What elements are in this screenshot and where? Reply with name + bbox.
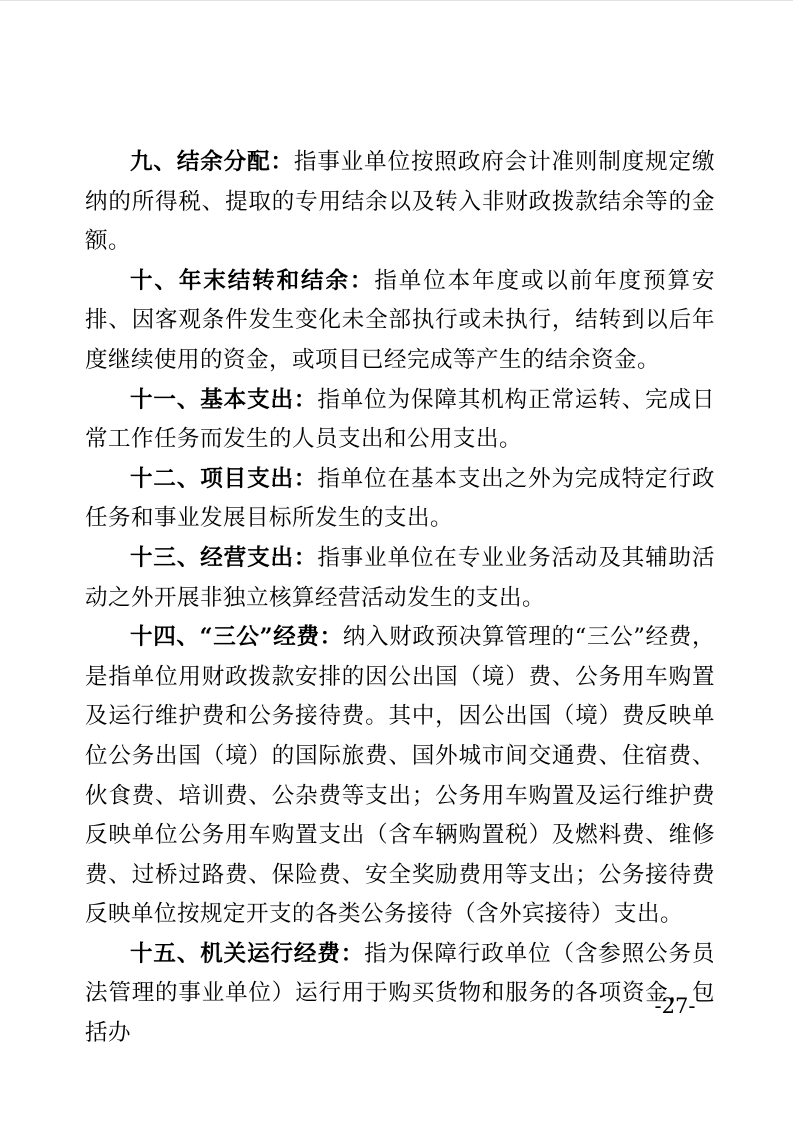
document-page: 九、结余分配：指事业单位按照政府会计准则制度规定缴纳的所得税、提取的专用结余以及… xyxy=(0,0,793,1122)
definition-paragraph: 十三、经营支出：指事业单位在专业业务活动及其辅助活动之外开展非独立核算经营活动发… xyxy=(85,539,715,618)
definition-paragraph: 九、结余分配：指事业单位按照政府会计准则制度规定缴纳的所得税、提取的专用结余以及… xyxy=(85,143,715,262)
definition-term: 十三、经营支出： xyxy=(130,545,317,571)
definition-term: 十一、基本支出： xyxy=(130,387,317,413)
definition-term: 九、结余分配： xyxy=(130,149,294,175)
definition-term: 十、年末结转和结余： xyxy=(130,268,374,294)
definition-paragraph: 十、年末结转和结余：指单位本年度或以前年度预算安排、因客观条件发生变化未全部执行… xyxy=(85,262,715,381)
page-number: -27- xyxy=(645,994,705,1018)
definition-paragraph: 十一、基本支出：指单位为保障其机构正常运转、完成日常工作任务而发生的人员支出和公… xyxy=(85,381,715,460)
definition-term: 十四、“三公”经费： xyxy=(130,624,343,650)
definition-term: 十二、项目支出： xyxy=(130,466,317,492)
definition-body: 纳入财政预决算管理的“三公”经费，是指单位用财政拨款安排的因公出国（境）费、公务… xyxy=(85,624,715,927)
document-body: 九、结余分配：指事业单位按照政府会计准则制度规定缴纳的所得税、提取的专用结余以及… xyxy=(85,143,715,1054)
definition-paragraph: 十二、项目支出：指单位在基本支出之外为完成特定行政任务和事业发展目标所发生的支出… xyxy=(85,460,715,539)
definition-paragraph: 十五、机关运行经费：指为保障行政单位（含参照公务员法管理的事业单位）运行用于购买… xyxy=(85,935,715,1054)
definition-term: 十五、机关运行经费： xyxy=(130,941,364,967)
definition-paragraph: 十四、“三公”经费：纳入财政预决算管理的“三公”经费，是指单位用财政拨款安排的因… xyxy=(85,618,715,935)
